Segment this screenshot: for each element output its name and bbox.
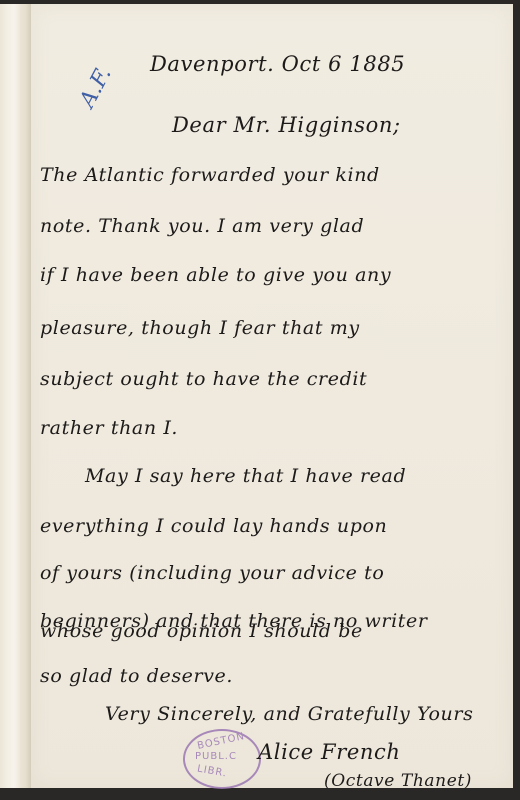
body-line: so glad to deserve. xyxy=(40,665,233,687)
body-line: pleasure, though I fear that my xyxy=(40,317,360,339)
body-line: subject ought to have the credit xyxy=(40,368,367,390)
body-line: of yours (including your advice to xyxy=(40,562,384,584)
library-stamp: BOSTON PUBL.C LIBR. xyxy=(183,729,261,789)
body-line: note. Thank you. I am very glad xyxy=(40,215,364,237)
body-line: whose good opinion I should be xyxy=(40,620,363,642)
stamp-line: PUBL.C xyxy=(195,751,237,762)
body-line: May I say here that I have read xyxy=(85,465,406,487)
body-line: everything I could lay hands upon xyxy=(40,515,387,537)
closing: Very Sincerely, and Gratefully Yours xyxy=(105,703,473,725)
salutation: Dear Mr. Higginson; xyxy=(172,113,401,137)
body-line: rather than I. xyxy=(40,417,178,439)
pen-name: (Octave Thanet) xyxy=(324,771,472,791)
body-line: The Atlantic forwarded your kind xyxy=(40,164,380,186)
stamp-line: LIBR. xyxy=(196,763,228,779)
signature: Alice French xyxy=(258,740,401,764)
dateline: Davenport. Oct 6 1885 xyxy=(150,52,405,76)
body-line: if I have been able to give you any xyxy=(40,264,391,286)
mounting-strip xyxy=(0,4,30,788)
stamp-line: BOSTON xyxy=(196,731,246,752)
